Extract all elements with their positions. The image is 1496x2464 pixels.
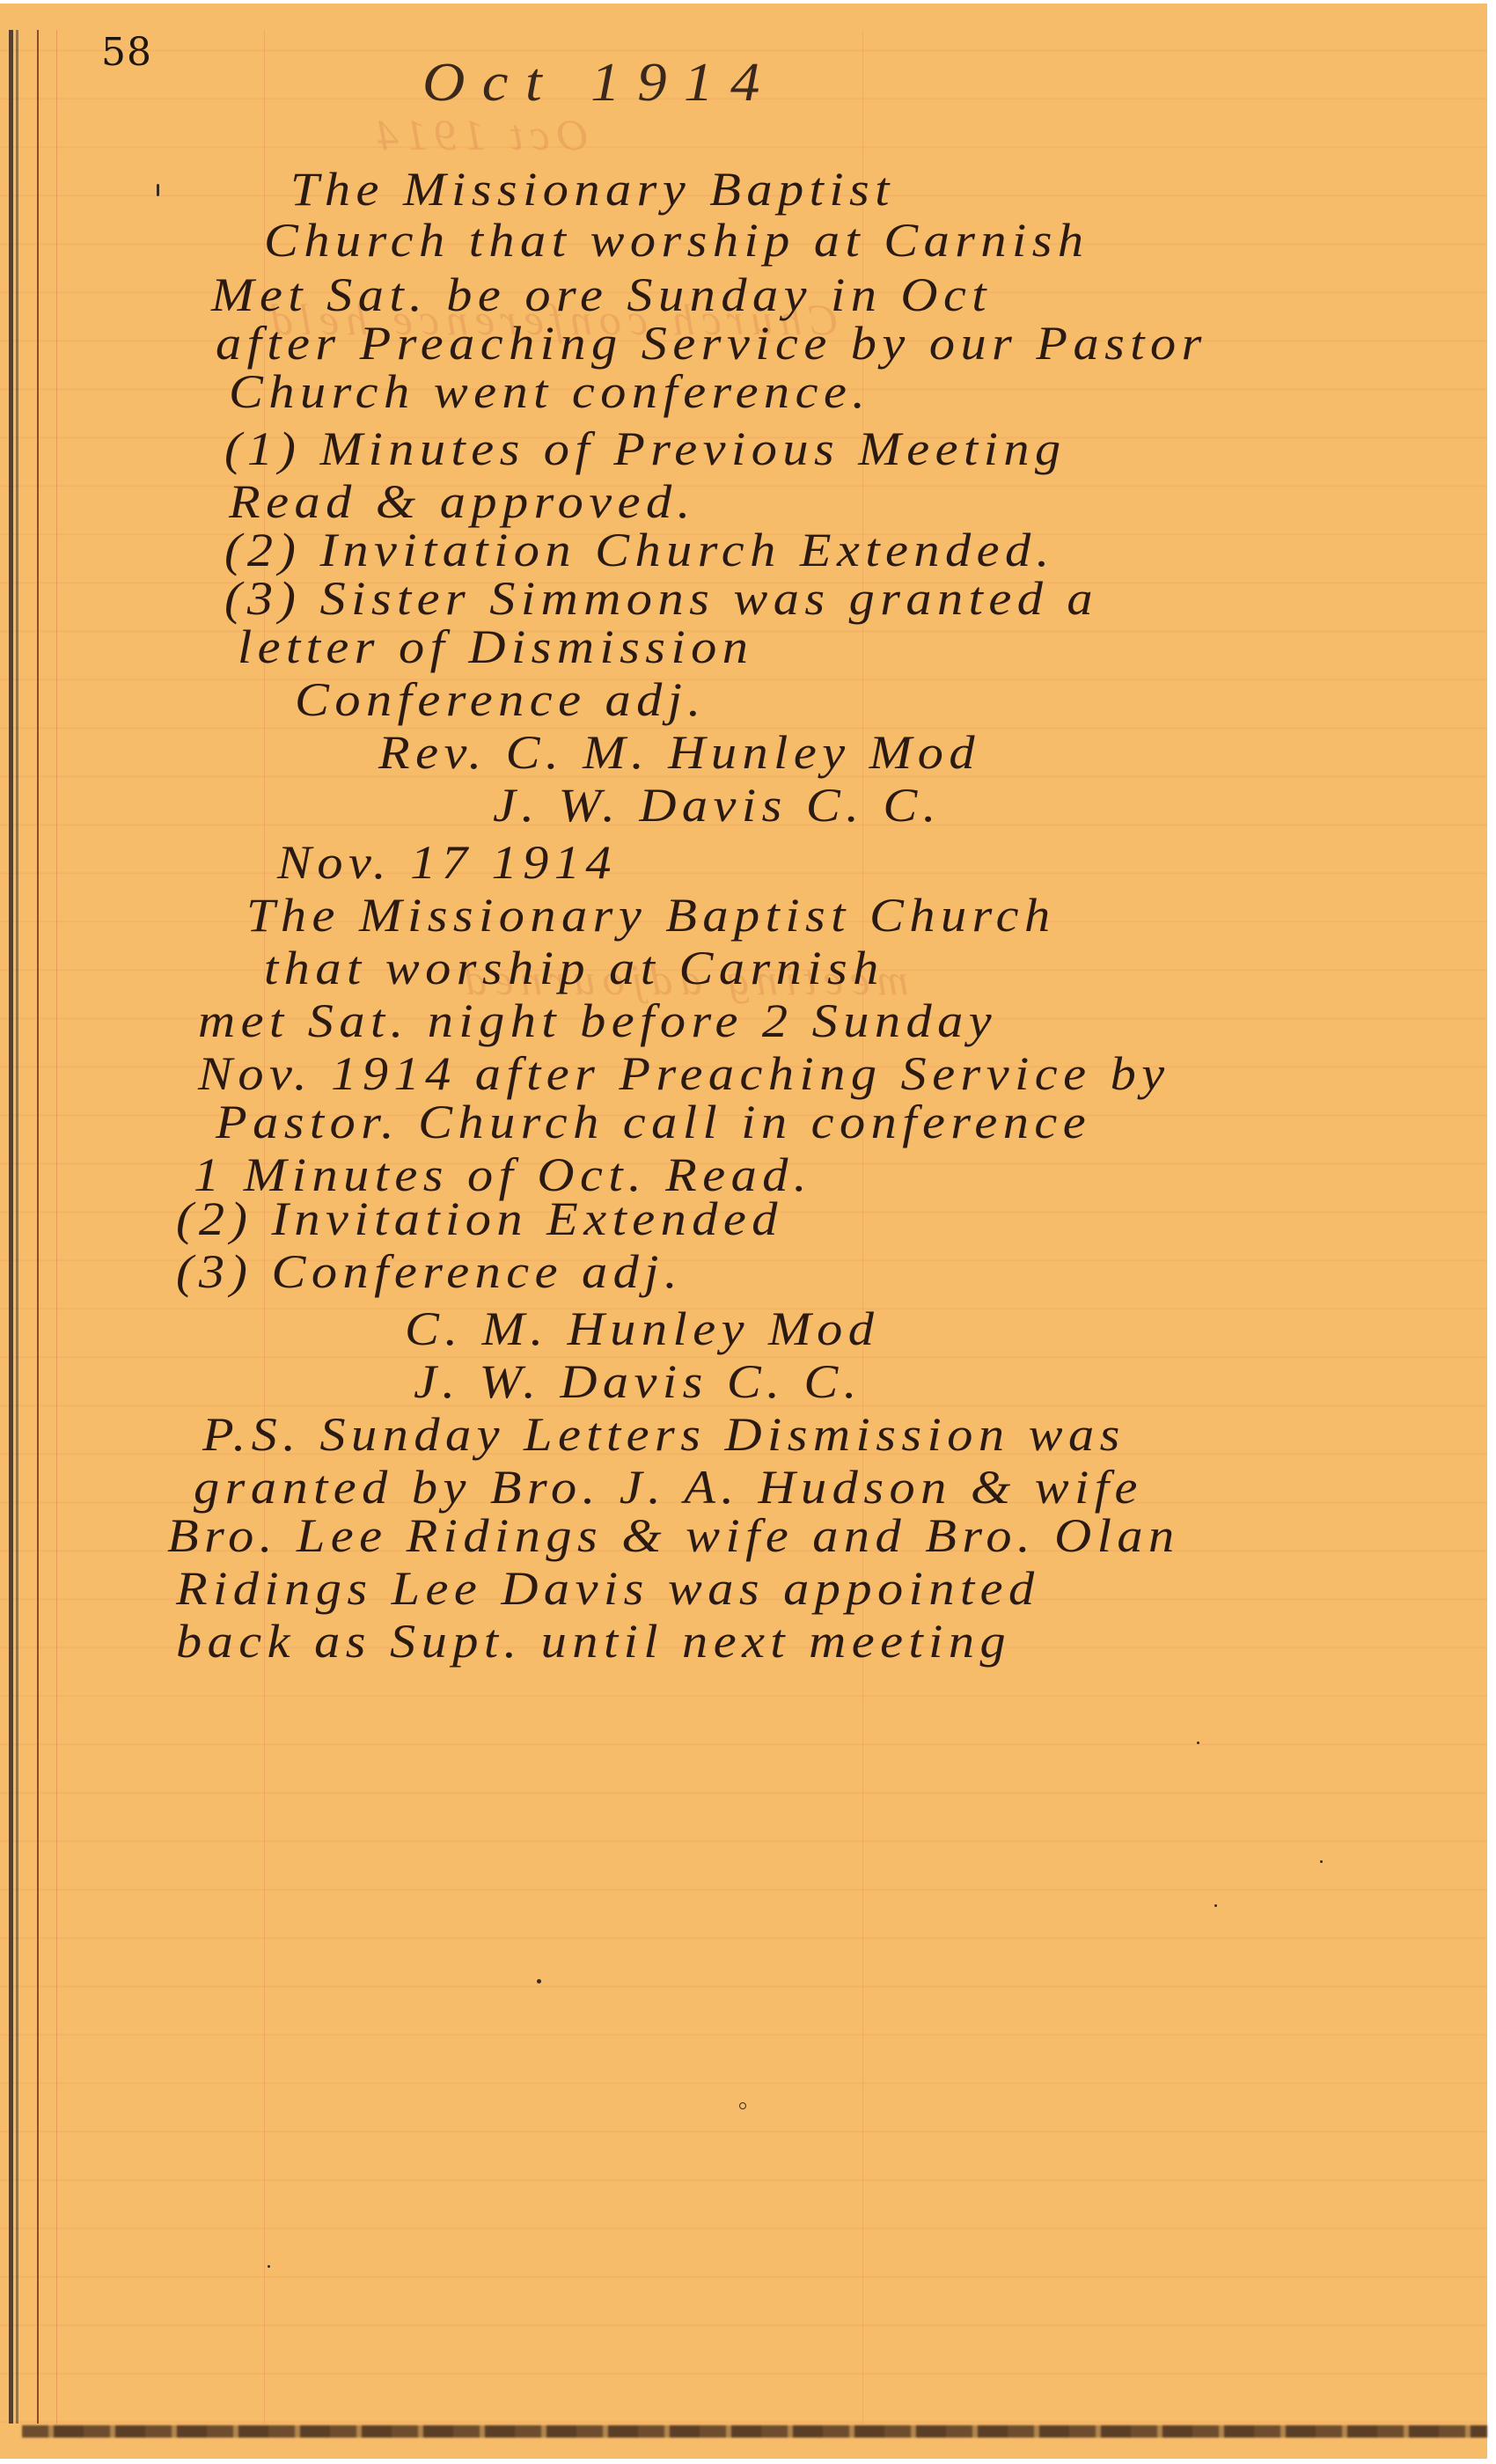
binding-margin-line [37,30,39,2424]
minutes-line: Nov. 1914 after Preaching Service by [198,1046,1170,1101]
entry-date: Nov. 17 1914 [277,835,617,890]
minutes-line: that worship at Carnish [264,941,884,995]
entry-heading-date: Oct 1914 [422,52,777,114]
minutes-line: Church went conference. [229,364,870,419]
minutes-line: (3) Sister Simmons was granted a [224,571,1098,626]
ledger-page: 58 Oct 1914 Church conference held meeti… [0,4,1487,2459]
signature-moderator: Rev. C. M. Hunley Mod [378,725,980,780]
minutes-line: The Missionary Baptist Church [246,888,1056,942]
minutes-line: (2) Invitation Extended [176,1192,783,1246]
minutes-line: (2) Invitation Church Extended. [224,523,1055,577]
minutes-line: Pastor. Church call in conference [216,1095,1091,1149]
ink-speck [157,184,159,196]
page-number: 58 [101,30,152,75]
minutes-line: (1) Minutes of Previous Meeting [224,422,1067,476]
ink-speck [268,2265,270,2268]
minutes-line: met Sat. night before 2 Sunday [198,994,997,1048]
minutes-line: letter of Dismission [238,620,753,674]
signature-moderator: C. M. Hunley Mod [405,1302,879,1356]
binding-edge-line [9,30,13,2424]
margin-rule [56,30,57,2424]
minutes-line: Conference adj. [295,672,707,727]
minutes-line: Met Sat. be ore Sunday in Oct [211,268,992,322]
minutes-line: after Preaching Service by our Pastor [216,316,1207,370]
minutes-line: Read & approved. [229,474,696,529]
page-bottom-edge [22,2425,1487,2438]
postscript-line: Bro. Lee Ridings & wife and Bro. Olan [167,1508,1180,1563]
ink-speck [1214,1904,1217,1907]
postscript-line: Ridings Lee Davis was appointed [176,1561,1040,1616]
signature-clerk: J. W. Davis C. C. [414,1354,862,1409]
ink-speck [537,1979,541,1984]
ink-speck [1320,1860,1323,1863]
minutes-line: (3) Conference adj. [176,1244,683,1299]
postscript-line: P.S. Sunday Letters Dismission was [202,1407,1126,1462]
minutes-line: Church that worship at Carnish [264,213,1089,268]
bleed-through-text: Oct 1914 [370,109,589,160]
signature-clerk: J. W. Davis C. C. [493,778,942,832]
minutes-line: The Missionary Baptist [290,162,895,216]
postscript-line: back as Supt. until next meeting [176,1614,1011,1668]
ink-speck [1197,1742,1199,1744]
ink-speck [739,2102,746,2109]
postscript-line: granted by Bro. J. A. Hudson & wife [194,1460,1143,1514]
binding-edge-line [16,30,18,2424]
